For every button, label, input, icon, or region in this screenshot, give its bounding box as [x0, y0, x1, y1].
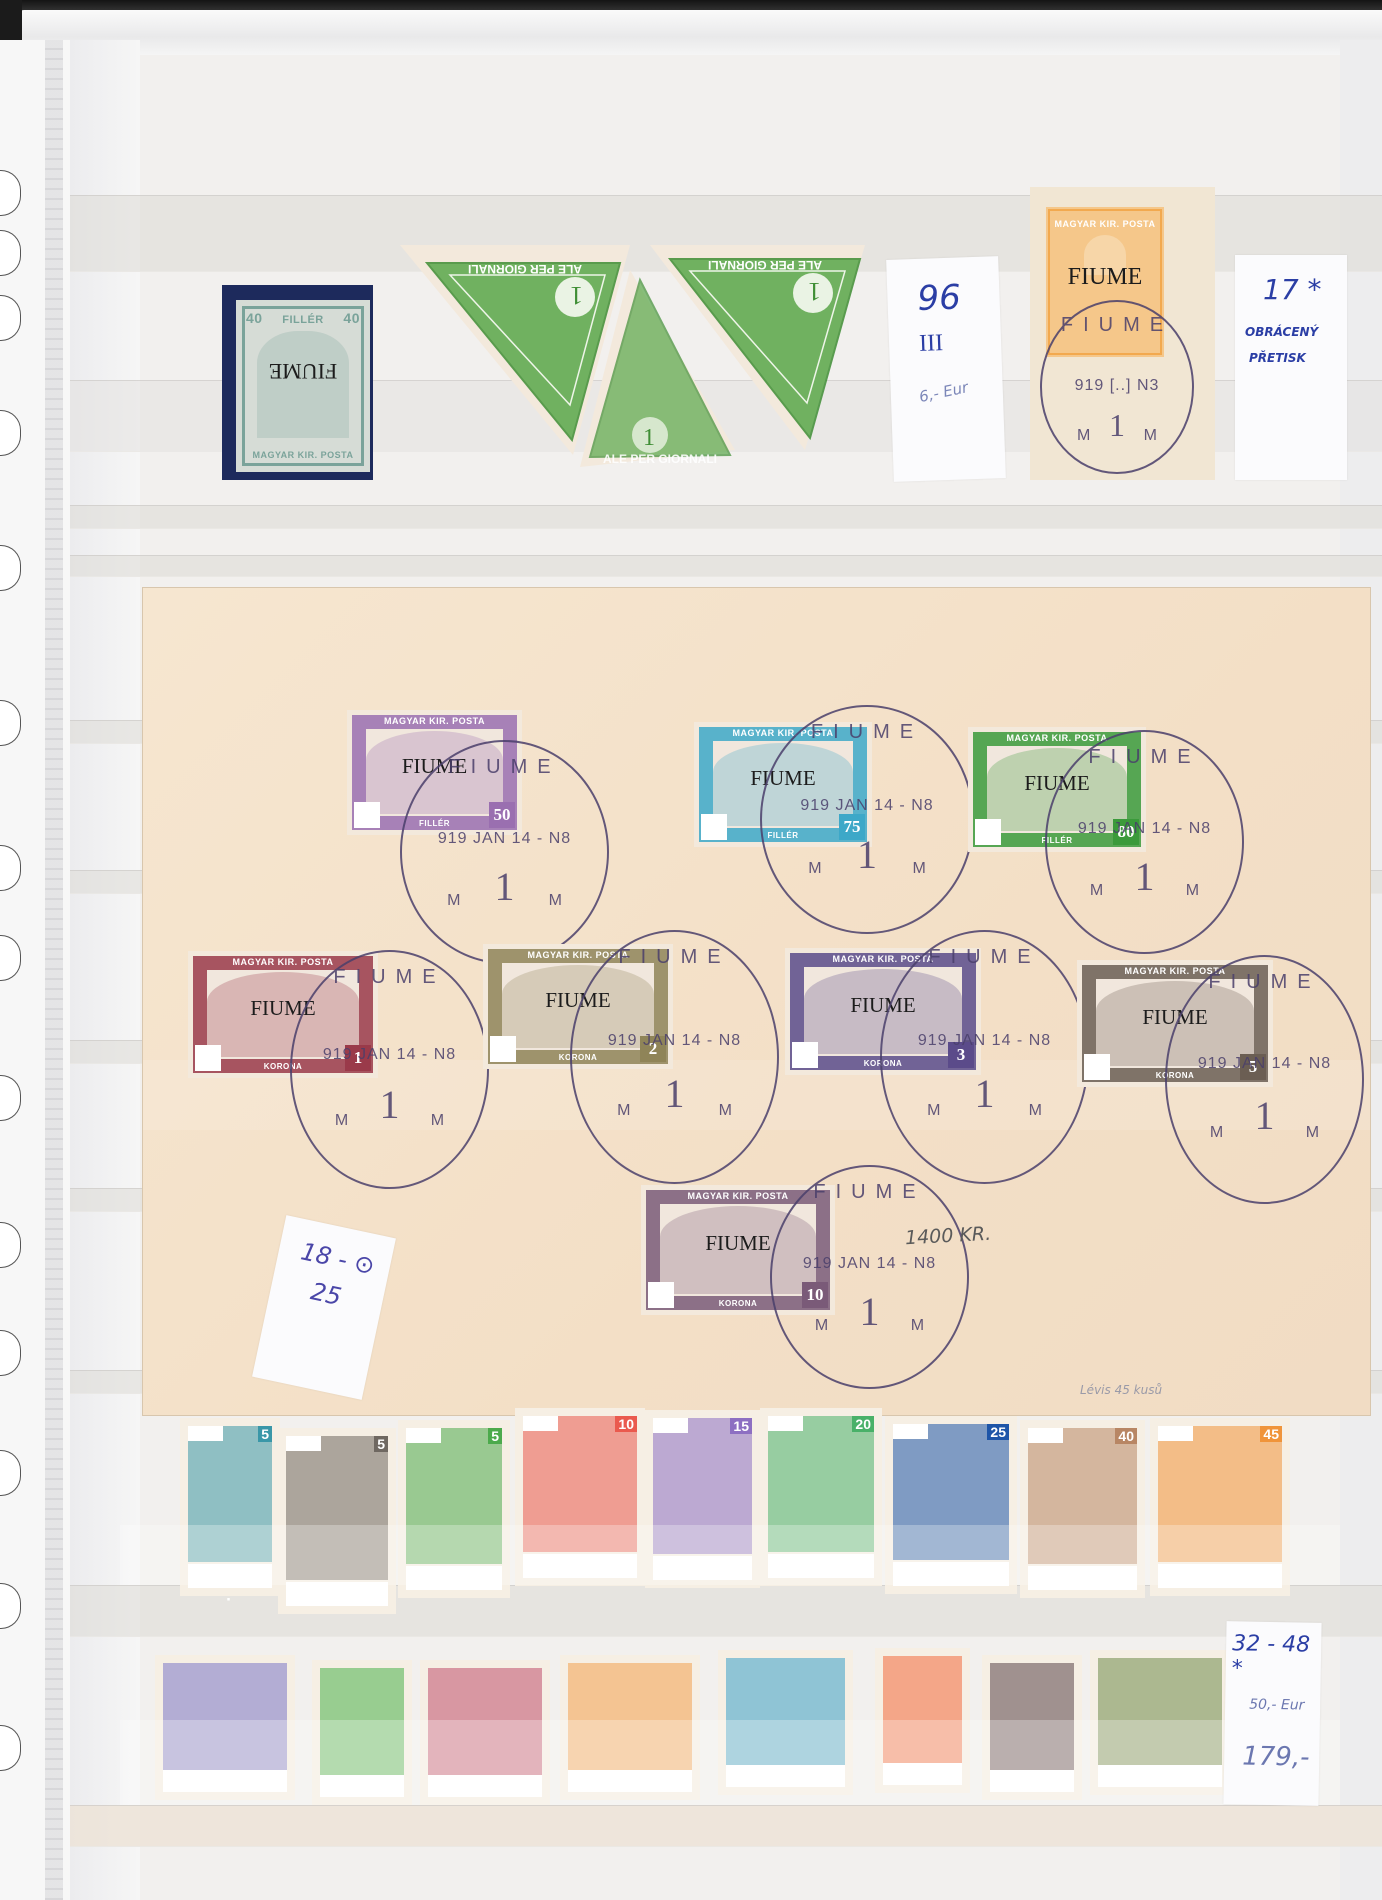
postmark: FIUME 919 JAN 14 - N8 1 M M	[1165, 955, 1364, 1204]
postmark-office: 1	[292, 1081, 487, 1128]
postmark: FIUME 919 JAN 14 - N8 1 M M	[400, 740, 609, 964]
postmark: FIUME 919 JAN 14 - N8 1 M M	[1045, 730, 1244, 954]
svg-text:1: 1	[643, 425, 655, 451]
pencil-note-count: Lévis 45 kusů	[1080, 1383, 1162, 1397]
postmark-date: 919 JAN 14 - N8	[572, 1032, 777, 1050]
pocket-strip	[70, 555, 1382, 577]
stamp-overprint: FIUME	[1046, 264, 1164, 291]
stamp-unit: FILLÉR	[282, 314, 324, 326]
postmark: FIUME 919 JAN 14 - N8 1 M M	[570, 930, 779, 1184]
postmark-letter: M	[719, 1102, 732, 1120]
stamp-label-top: MAGYAR KIR. POSTA	[1046, 219, 1164, 229]
stamp-value: 40	[1115, 1428, 1137, 1444]
postmark-town: FIUME	[402, 756, 607, 779]
postmark-letter: M	[1090, 882, 1103, 900]
stamp-value: 5	[258, 1426, 272, 1442]
stamp-value: 10	[615, 1416, 637, 1432]
postmark-letter: M	[335, 1112, 348, 1130]
pocket-strip	[70, 1805, 1382, 1847]
svg-text:ALE PER GIORNALI: ALE PER GIORNALI	[708, 258, 822, 272]
pocket-strip	[70, 505, 1382, 529]
note-line: III	[919, 330, 944, 358]
postmark-letter: M	[1077, 427, 1090, 445]
postmark-letter: M	[1144, 427, 1157, 445]
postmark: FIUME 919 JAN 14 - N8 1 M M	[760, 705, 974, 934]
pocket-overlay	[120, 1525, 1340, 1585]
postmark-letter: M	[815, 1317, 828, 1335]
note-line: 25	[308, 1277, 344, 1311]
postmark-letter: M	[447, 892, 460, 910]
postmark-town: FIUME	[762, 721, 972, 744]
postmark-date: 919 JAN 14 - N8	[772, 1255, 967, 1273]
postmark-office: 1	[1167, 1092, 1362, 1139]
postmark-office: 1	[402, 863, 607, 910]
postmark-letter: M	[927, 1102, 940, 1120]
postmark: FIUME 919 JAN 14 - N8 1 M M	[290, 950, 489, 1189]
stamp-vignette	[257, 331, 348, 438]
postmark-date: 919 JAN 14 - N8	[292, 1046, 487, 1064]
postmark-letter: M	[911, 1317, 924, 1335]
postmark: FIUME 919 [..] N3 1 M M	[1040, 300, 1194, 474]
stamp-cent-label: CENT.	[523, 1416, 558, 1431]
note-line: 17 *	[1263, 273, 1322, 306]
postmark-town: FIUME	[1167, 971, 1362, 994]
binder-rail	[45, 40, 63, 1900]
postmark-letter: M	[617, 1102, 630, 1120]
stamp-value: 40	[343, 310, 360, 326]
postmark-town: FIUME	[882, 946, 1087, 969]
pocket-overlay	[120, 1720, 1340, 1805]
postmark-date: 919 [..] N3	[1042, 377, 1192, 395]
stamp-label-top: 40 FILLÉR 40	[236, 310, 370, 326]
stamp-overprint-inverted: FIUME	[236, 358, 370, 384]
postmark-town: FIUME	[572, 946, 777, 969]
stamp-value: 25	[987, 1424, 1009, 1440]
postmark-letter: M	[1029, 1102, 1042, 1120]
stamp-cent-label: CENT.	[653, 1418, 688, 1433]
svg-text:1: 1	[570, 281, 583, 310]
note-line: 96	[917, 277, 962, 318]
postmark-office: 1	[1042, 407, 1192, 444]
stamp-value: 5	[488, 1428, 502, 1444]
stamp-cent-5[interactable]: CENT. 5 · FIUME ·	[278, 1428, 396, 1614]
postmark-town: FIUME	[1047, 746, 1242, 769]
postmark-letter: M	[912, 860, 925, 878]
postmark-date: 919 JAN 14 - N8	[402, 830, 607, 848]
stamp-value: 5	[374, 1436, 388, 1452]
note-32: 32 - 48 * 50,- Eur 179,-	[1223, 1621, 1321, 1806]
stamp-value: 40	[246, 310, 263, 326]
sleeve-top-fold	[14, 10, 1382, 55]
postmark-town: FIUME	[292, 966, 487, 989]
note-line: OBRÁCENÝ	[1245, 325, 1318, 339]
postmark-date: 919 JAN 14 - N8	[882, 1032, 1087, 1050]
note-line: 18 - ⊙	[298, 1237, 377, 1280]
note-line: 6,- Eur	[917, 378, 969, 406]
postmark-office: 1	[772, 1288, 967, 1335]
postmark-letter: M	[431, 1112, 444, 1130]
postmark: FIUME 919 JAN 14 - N8 1 M M	[770, 1165, 969, 1389]
postmark-letter: M	[1210, 1124, 1223, 1142]
svg-text:1: 1	[808, 277, 821, 306]
postmark-town: FIUME	[1042, 314, 1192, 337]
stamp-value: 45	[1260, 1426, 1282, 1442]
stamp-value: 15	[730, 1418, 752, 1434]
postmark-letter: M	[808, 860, 821, 878]
newspaper-triangle-stamps[interactable]: 1 1 1 ALE PER GIORNALI ALE PER GIORNALI …	[395, 235, 875, 470]
pencil-note-value: 1400 KR.	[904, 1223, 991, 1249]
stamp-cent-label: CENT.	[188, 1426, 223, 1441]
postmark-letter: M	[1186, 882, 1199, 900]
stamp-cent-label: CENT.	[286, 1436, 321, 1451]
postmark-date: 919 JAN 14 - N8	[1167, 1055, 1362, 1073]
stamp-cent-label: CENT.	[1028, 1428, 1063, 1443]
postmark-date: 919 JAN 14 - N8	[1047, 820, 1242, 838]
note-line: 50,- Eur	[1249, 1697, 1305, 1714]
note-17: 17 * OBRÁCENÝ PŘETISK	[1235, 255, 1347, 480]
stamp-cent-label: CENT.	[768, 1416, 803, 1431]
postmark-date: 919 JAN 14 - N8	[762, 797, 972, 815]
svg-text:ALE PER GIORNALI: ALE PER GIORNALI	[603, 452, 717, 466]
stamp-fiume-label: · FIUME ·	[286, 1582, 388, 1606]
postmark-letter: M	[1306, 1124, 1319, 1142]
stamp-label-bottom: MAGYAR KIR. POSTA	[236, 450, 370, 460]
stamp-harvester-40[interactable]: 40 FILLÉR 40 FIUME MAGYAR KIR. POSTA	[236, 300, 370, 472]
note-line: PŘETISK	[1249, 351, 1306, 365]
stamp-cent-label: CENT.	[406, 1428, 441, 1443]
stamp-value: 20	[852, 1416, 874, 1432]
note-line: 179,-	[1242, 1741, 1310, 1772]
note-line: 32 - 48 *	[1232, 1631, 1322, 1683]
stamp-cent-label: CENT.	[1158, 1426, 1193, 1441]
postmark-office: 1	[1047, 853, 1242, 900]
postmark-office: 1	[882, 1070, 1087, 1117]
postmark: FIUME 919 JAN 14 - N8 1 M M	[880, 930, 1089, 1184]
stamp-label-top: MAGYAR KIR. POSTA	[352, 716, 517, 726]
triangle-text: ALE PER GIORNALI	[468, 262, 582, 276]
note-96: 96 III 6,- Eur	[886, 256, 1006, 482]
postmark-office: 1	[762, 831, 972, 878]
postmark-office: 1	[572, 1070, 777, 1117]
postmark-letter: M	[549, 892, 562, 910]
postmark-town: FIUME	[772, 1181, 967, 1204]
stamp-cent-label: CENT.	[893, 1424, 928, 1439]
